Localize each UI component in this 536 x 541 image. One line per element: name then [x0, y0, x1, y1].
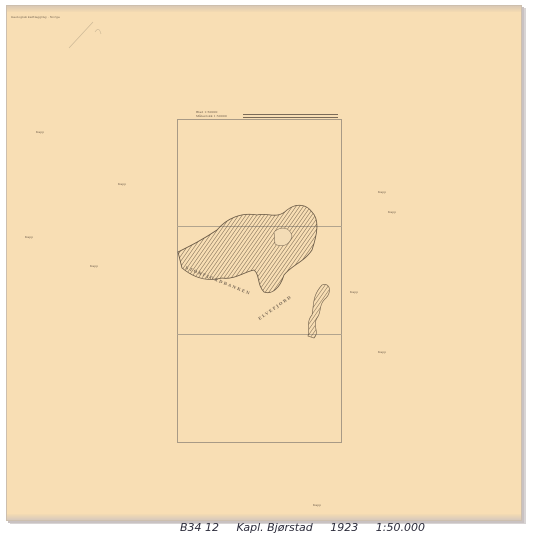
surveyor: Kapl. Bjørstad	[237, 521, 313, 534]
place-label: Kapp	[378, 190, 386, 194]
survey-year: 1923	[330, 521, 358, 534]
sheet-caption: B34 12 Kapl. Bjørstad 1923 1:50.000	[180, 521, 439, 534]
scale-subheader: Målestokk 1:50000	[196, 114, 227, 118]
place-label: Kapp	[36, 130, 44, 134]
place-label: Kapp	[378, 350, 386, 354]
sheet-id: B34 12	[180, 521, 219, 534]
place-label: Kapp	[313, 503, 321, 507]
place-label: Kapp	[25, 235, 33, 239]
place-label: Kapp	[388, 210, 396, 214]
pencil-mark	[65, 20, 105, 50]
map-scale: 1:50.000	[376, 521, 425, 534]
place-label: Kapp	[118, 182, 126, 186]
place-label: Kapp	[90, 264, 98, 268]
scale-bar	[243, 114, 338, 118]
sheet-header: Geologisk kartlegging · Norge	[11, 15, 60, 19]
